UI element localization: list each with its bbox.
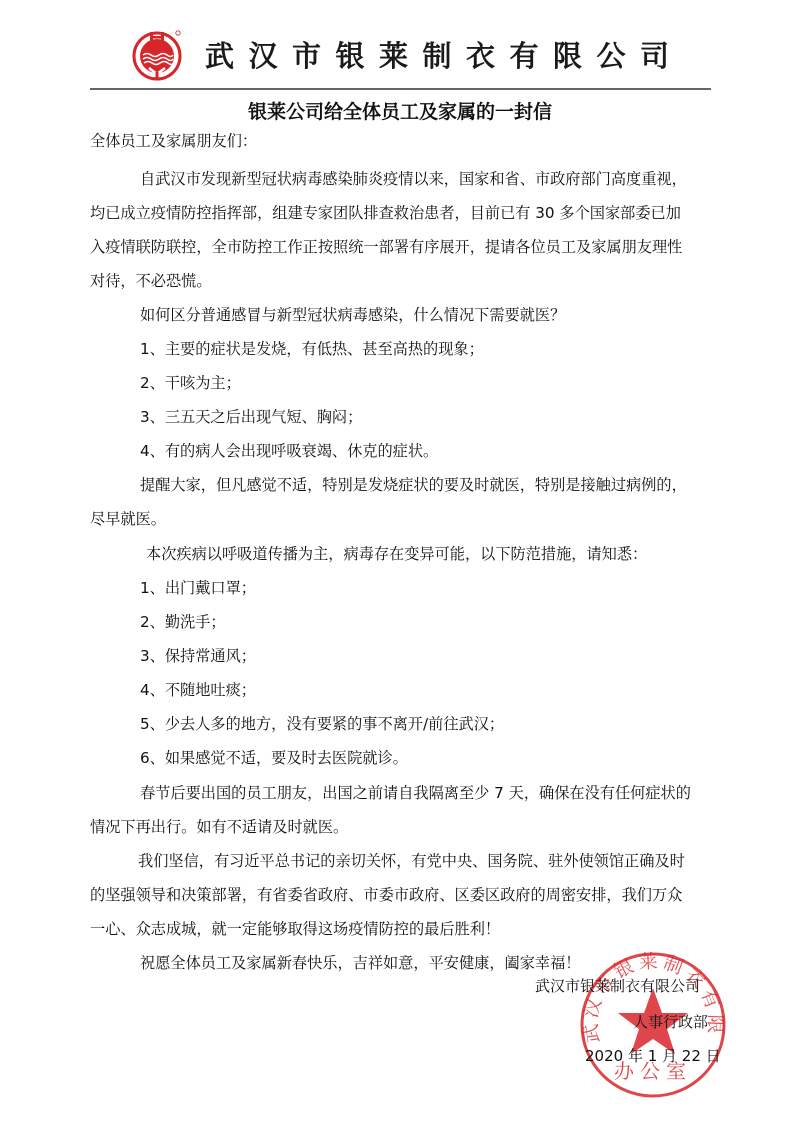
paragraph-line: 对待，不必恐慌。 <box>90 270 212 291</box>
measure-item: 4、不随地吐痰； <box>140 679 256 700</box>
paragraph-line: 自武汉市发现新型冠状病毒感染肺炎疫情以来，国家和省、市政府部门高度重视， <box>140 168 687 189</box>
measure-item: 3、保持常通风； <box>140 645 256 666</box>
measure-item: 1、出门戴口罩； <box>140 577 256 598</box>
symptom-item: 1、主要的症状是发烧，有低热、甚至高热的现象； <box>140 338 484 359</box>
measure-item: 6、如果感觉不适，要及时去医院就诊。 <box>140 747 408 768</box>
wishes: 祝愿全体员工及家属新春快乐，吉祥如意，平安健康，阖家幸福！ <box>140 952 580 973</box>
company-logo-icon <box>131 28 183 82</box>
confidence-line: 一心、众志成城，就一定能够取得这场疫情防控的最后胜利！ <box>90 918 500 939</box>
salutation: 全体员工及家属朋友们： <box>90 130 257 151</box>
symptom-item: 4、有的病人会出现呼吸衰竭、休克的症状。 <box>140 440 438 461</box>
paragraph-line: 入疫情联防联控，全市防控工作正按照统一部署有序展开，提请各位员工及家属朋友理性 <box>90 236 682 257</box>
signature-date: 2020 年 1 月 22 日 <box>585 1045 721 1066</box>
signature-department: 人事行政部 <box>633 1011 708 1032</box>
reminder-line: 提醒大家，但凡感觉不适，特别是发烧症状的要及时就医，特别是接触过病例的， <box>140 474 687 495</box>
company-name: 武汉市银莱制衣有限公司 <box>205 34 684 75</box>
letter-title: 银莱公司给全体员工及家属的一封信 <box>0 97 800 124</box>
symptom-item: 3、三五天之后出现气短、胸闷； <box>140 406 362 427</box>
confidence-line: 我们坚信，有习近平总书记的亲切关怀，有党中央、国务院、驻外使领馆正确及时 <box>138 850 685 871</box>
confidence-line: 的坚强领导和决策部署，有省委省政府、市委市政府、区委区政府的周密安排，我们万众 <box>90 884 682 905</box>
reminder-line: 尽早就医。 <box>90 508 166 529</box>
header-divider <box>90 88 711 90</box>
paragraph-line: 均已成立疫情防控指挥部，组建专家团队排查救治患者，目前已有 30 多个国家部委已… <box>90 202 681 223</box>
travel-note-line: 春节后要出国的员工朋友，出国之前请自我隔离至少 7 天，确保在没有任何症状的 <box>140 782 691 803</box>
prevention-intro: 本次疾病以呼吸道传播为主，病毒存在变异可能，以下防范措施，请知悉： <box>146 543 647 564</box>
question: 如何区分普通感冒与新型冠状病毒感染，什么情况下需要就医？ <box>140 304 565 325</box>
signature-company: 武汉市银莱制衣有限公司 <box>535 975 700 996</box>
letterhead: 武汉市银莱制衣有限公司 <box>0 0 800 92</box>
symptom-item: 2、干咳为主； <box>140 372 241 393</box>
measure-item: 5、少去人多的地方，没有要紧的事不离开/前往武汉； <box>140 713 504 734</box>
travel-note-line: 情况下再出行。如有不适请及时就医。 <box>90 816 348 837</box>
measure-item: 2、勤洗手； <box>140 611 226 632</box>
